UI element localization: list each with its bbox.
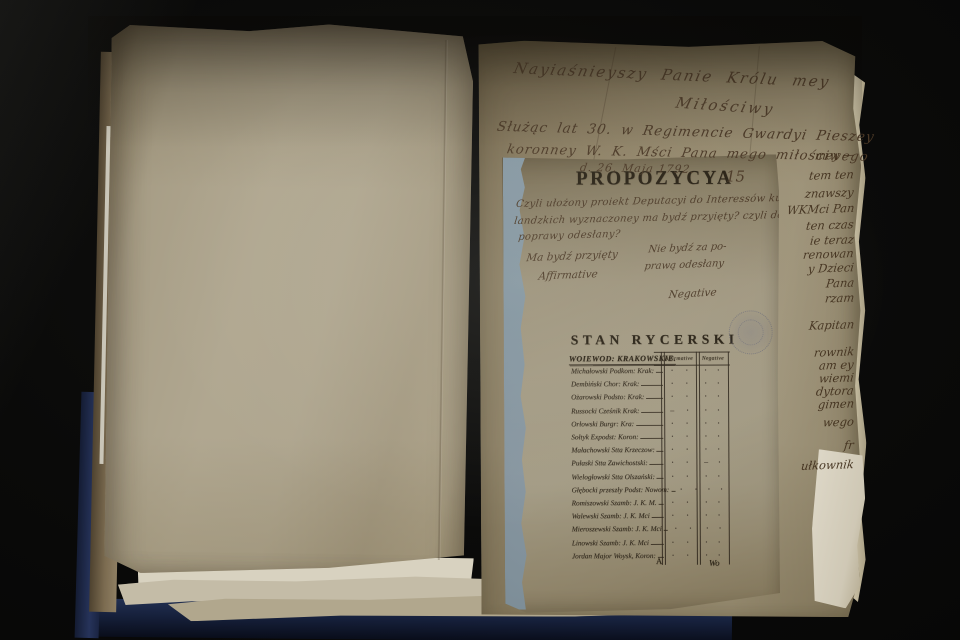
deputy-name: Mieroszewski Szamb: J. K. Mci	[572, 525, 662, 534]
affirmative-votes: · ·	[666, 550, 700, 560]
dash-leader	[671, 491, 675, 492]
table-row: Pułaski Stta Zawichostski: · · – ·	[571, 456, 729, 469]
deputy-name: Russocki Cześnik Krak:	[571, 407, 639, 416]
deputy-name: Sołtyk Expodst: Koron:	[571, 433, 638, 442]
handwritten-date: d. 26. Maja 1792.	[579, 161, 696, 176]
handwritten-fragment: gimen	[817, 396, 855, 411]
table-row: Romiszowski Szamb: J. K. M. · · · ·	[572, 496, 730, 509]
table-title: STAN RYCERSKI	[571, 331, 739, 348]
handwritten-negative-answer-line2: prawą odesłany	[644, 258, 725, 272]
deputy-name: Walewski Szamb: J. K. Mci	[572, 512, 650, 521]
deputy-name: Michałowski Podkom: Krak:	[571, 367, 654, 376]
table-row: Michałowski Podkom: Krak: · · · ·	[571, 364, 729, 377]
dash-leader	[646, 398, 663, 399]
handwritten-fragment: fr	[843, 438, 854, 452]
dash-leader	[657, 477, 664, 478]
margin-fragments-column: mey —tem tenznawszyWKMci Panten czasie t…	[756, 0, 860, 640]
handwritten-affirmative-answer: Ma bydź przyięty	[526, 248, 619, 264]
negative-votes: · ·	[705, 484, 730, 494]
affirmative-votes: · ·	[665, 445, 699, 455]
negative-votes: · ·	[699, 432, 729, 442]
negative-votes: · ·	[699, 366, 729, 376]
handwritten-question-line2: landzkich wyznaczoney ma bydź przyięty? …	[514, 210, 785, 227]
table-rule	[654, 352, 730, 353]
negative-votes: · ·	[699, 405, 729, 415]
negative-votes: · ·	[700, 550, 730, 560]
negative-votes: · ·	[699, 471, 729, 481]
table-row: Małachowski Stta Krzeczow: · · · ·	[571, 443, 729, 456]
negative-votes: · ·	[699, 418, 729, 428]
handwritten-page-number: 15	[726, 167, 745, 185]
archival-book-photo: Nayiaśnieyszy Panie Królu mey Miłościwy …	[0, 0, 960, 640]
dash-leader	[636, 425, 663, 426]
negative-votes: · ·	[700, 537, 730, 547]
affirmative-votes: · ·	[665, 458, 699, 468]
affirmative-votes: · ·	[670, 524, 702, 534]
affirmative-votes: · ·	[666, 511, 700, 521]
affirmative-votes: – ·	[665, 405, 699, 415]
affirmative-votes: · ·	[665, 432, 699, 442]
handwritten-fragment: znawszy	[805, 185, 855, 201]
affirmative-votes: · ·	[665, 418, 699, 428]
handwritten-question-line1: Czyli ułożony proiekt Deputacyi do Inter…	[515, 193, 791, 210]
deputy-name: Linowski Szamb: J. K. Mci	[572, 539, 649, 548]
handwritten-fragment: Kapitan	[808, 317, 855, 333]
deputy-name: Jordan Major Woysk, Koron:	[572, 552, 656, 561]
deputy-name: Pułaski Stta Zawichostski:	[571, 459, 647, 468]
dash-leader	[641, 438, 664, 439]
handwritten-fragment: Pana	[825, 275, 855, 290]
handwritten-affirmative-label: Affirmative	[538, 268, 599, 282]
dash-leader	[641, 411, 663, 412]
column-header-affirmative: Affirmative	[661, 356, 697, 362]
negative-votes: · ·	[700, 498, 730, 508]
deputy-name: Romiszowski Szamb: J. K. M.	[572, 499, 657, 508]
propozycya-pamphlet: PROPOZYCYA 15 Czyli ułożony proiekt Depu…	[502, 154, 781, 612]
handwritten-fragment: mey —	[814, 147, 855, 162]
deputy-name: Wielogłowski Stta Olszański:	[571, 473, 654, 482]
deputy-name: Głębocki przeszły Podst: Nowom:	[572, 486, 670, 496]
affirmative-votes: · ·	[665, 379, 699, 389]
affirmative-votes: · ·	[677, 484, 705, 494]
table-row: Wielogłowski Stta Olszański: · · · ·	[571, 469, 729, 482]
handwritten-fragment: WKMci Pan	[786, 201, 855, 217]
table-row: Ożarowski Podsto: Krak: · · · ·	[571, 390, 729, 403]
table-row: Jordan Major Woysk, Koron: · · · ·	[572, 548, 730, 561]
deputy-name: Ożarowski Podsto: Krak:	[571, 393, 644, 402]
handwritten-fragment: wego	[822, 414, 854, 429]
deputy-name: Dembiński Chor: Krak:	[571, 380, 639, 389]
table-row: Orłowski Burgr: Kra: · · · ·	[571, 416, 729, 429]
handwritten-negative-label: Negative	[668, 286, 717, 301]
table-row: Walewski Szamb: J. K. Mci · · · ·	[572, 509, 730, 522]
table-row: Dembiński Chor: Krak: · · · ·	[571, 377, 729, 390]
handwritten-question-line3: poprawy odesłany?	[518, 229, 621, 243]
handwritten-fragment: tem ten	[808, 167, 854, 183]
table-row: Russocki Cześnik Krak: – · · ·	[571, 403, 729, 416]
affirmative-votes: · ·	[665, 471, 699, 481]
affirmative-votes: · ·	[665, 392, 699, 402]
table-row: Mieroszewski Szamb: J. K. Mci · · · ·	[572, 522, 730, 535]
negative-votes: · ·	[702, 524, 730, 534]
handwritten-fragment: ten czas	[806, 217, 855, 233]
table-row: Sołtyk Expodst: Koron: · · · ·	[571, 430, 729, 443]
column-header-negative: Negative	[698, 356, 728, 362]
left-blank-page	[104, 21, 474, 577]
dash-leader	[641, 385, 663, 386]
affirmative-votes: · ·	[665, 366, 699, 376]
negative-votes: · ·	[699, 392, 729, 402]
negative-votes: · ·	[700, 511, 730, 521]
negative-votes: – ·	[699, 458, 729, 468]
dash-leader	[658, 557, 664, 558]
affirmative-votes: · ·	[666, 498, 700, 508]
dash-leader	[650, 464, 664, 465]
dash-leader	[657, 451, 664, 452]
table-row: Głębocki przeszły Podst: Nowom: · · · ·	[572, 482, 730, 495]
deputy-name: Małachowski Stta Krzeczow:	[571, 446, 654, 455]
dash-leader	[664, 530, 668, 531]
dash-leader	[651, 543, 664, 544]
handwritten-fragment: rzam	[824, 290, 855, 305]
table-row: Linowski Szamb: J. K. Mci · · · ·	[572, 535, 730, 548]
dash-leader	[652, 517, 664, 518]
handwritten-negative-answer-line1: Nie bydź za po-	[648, 241, 727, 255]
deputy-name: Orłowski Burgr: Kra:	[571, 420, 634, 429]
negative-votes: · ·	[699, 445, 729, 455]
negative-votes: · ·	[699, 379, 729, 389]
dash-leader	[656, 372, 663, 373]
affirmative-votes: · ·	[666, 537, 700, 547]
dash-leader	[658, 504, 663, 505]
handwritten-fragment: y Dzieci	[807, 260, 854, 276]
handwritten-fragment: ułkownik	[800, 457, 854, 473]
